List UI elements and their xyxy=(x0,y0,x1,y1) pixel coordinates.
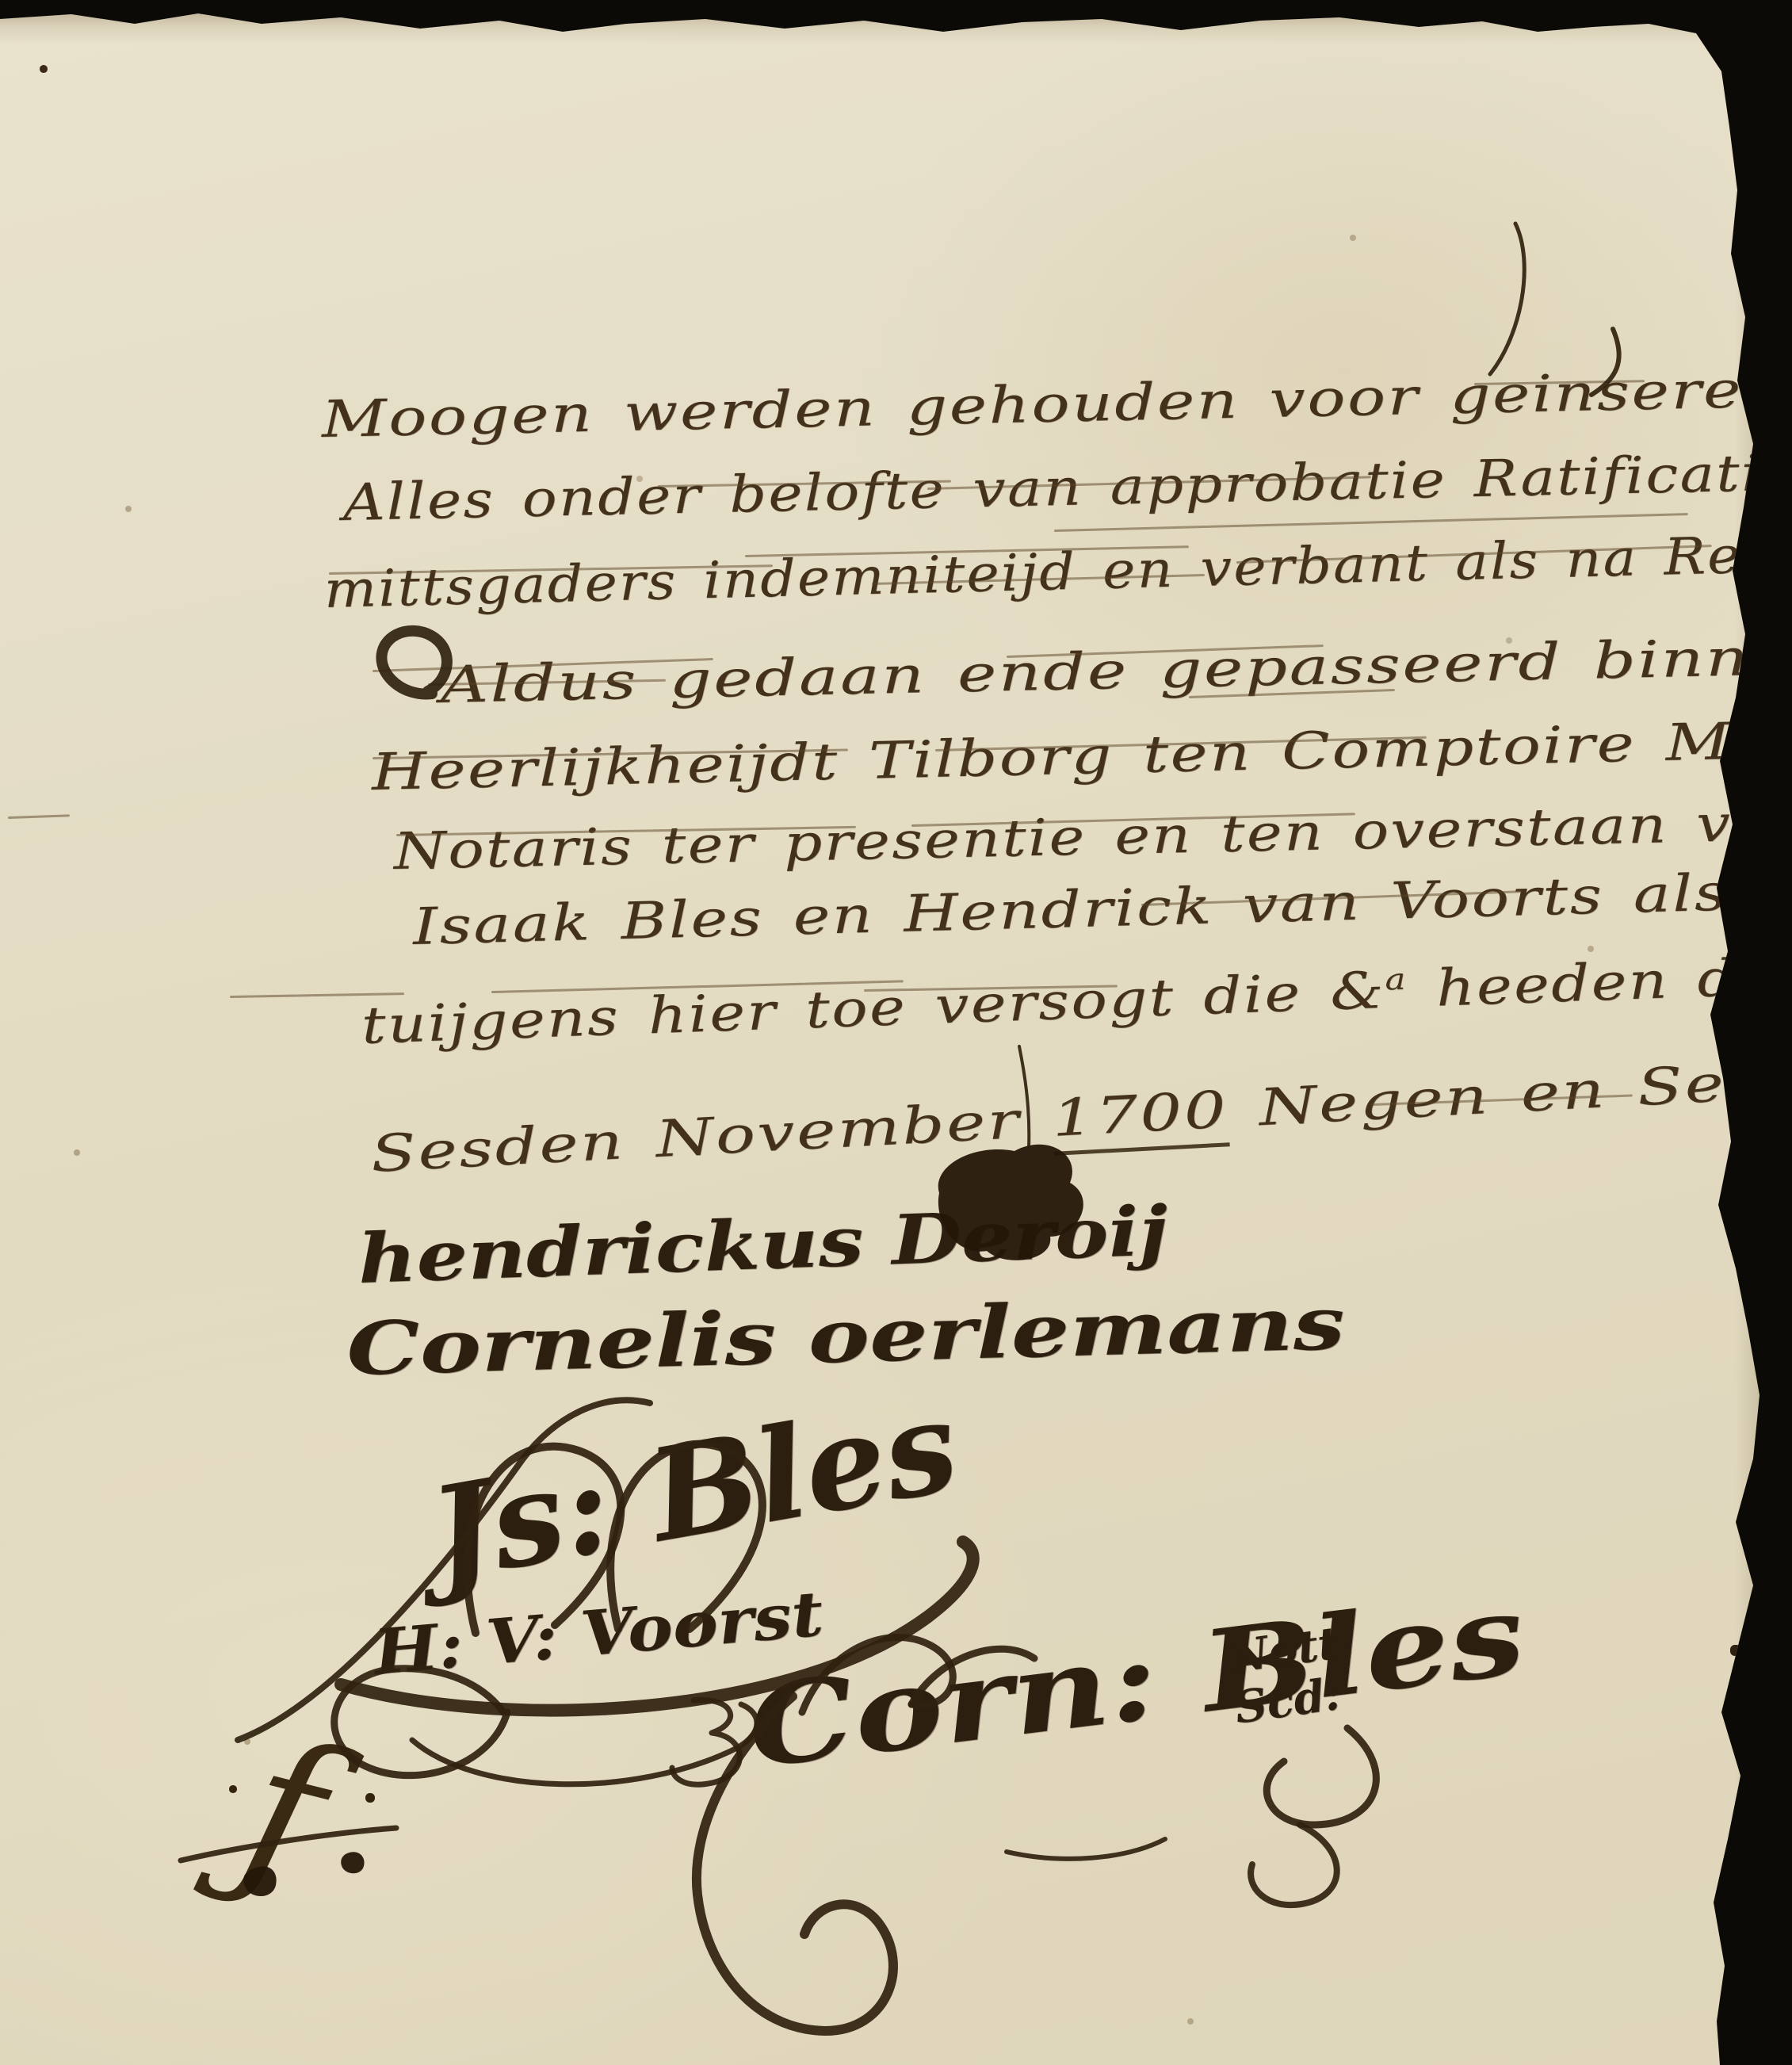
flourish-descender-loop xyxy=(697,1696,893,2031)
jsbles-signature-flourish xyxy=(238,1400,973,1775)
paper-sheet: Moogen werden gehouden voor geinsereerd.… xyxy=(0,0,1792,2065)
ink-flourish-layer xyxy=(0,0,1792,2065)
capital-o-ring xyxy=(381,631,446,694)
flourish-underloop xyxy=(412,1704,757,1784)
ink-blot xyxy=(938,1046,1083,1260)
ascender-stroke xyxy=(1490,224,1524,374)
ink-blot-drip xyxy=(1019,1046,1029,1148)
cornbles-signature-flourish xyxy=(697,1637,1376,2031)
flourish-cap-loop xyxy=(911,1649,1034,1704)
paraph-strokes xyxy=(181,1828,396,1896)
flourish-underline xyxy=(1007,1839,1165,1859)
paraph-cross-stroke xyxy=(181,1828,396,1860)
paraph-ink-spot xyxy=(341,1852,364,1873)
scan-background: Moogen werden gehouden voor geinsereerd.… xyxy=(0,0,1792,2065)
flourish-loop xyxy=(610,1444,762,1629)
ink-blot-body xyxy=(938,1145,1083,1260)
ascender-stroke-marks xyxy=(1490,224,1619,395)
ascender-stroke xyxy=(1591,329,1619,395)
flourish-underswash xyxy=(341,1542,973,1711)
ink-speck-field xyxy=(0,0,3,3)
paragraph-capital-flourish xyxy=(381,631,446,694)
paraph-ink-spot xyxy=(243,1866,277,1896)
flourish-tail-loop xyxy=(1251,1825,1337,1905)
flourish-loop xyxy=(467,1447,621,1633)
flourish-tail-loop xyxy=(1267,1728,1376,1825)
